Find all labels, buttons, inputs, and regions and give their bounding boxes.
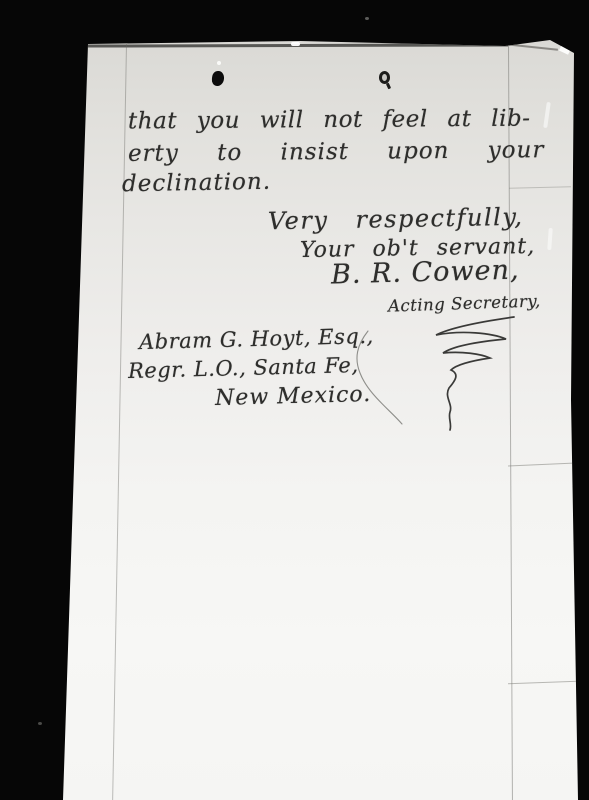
punch-hole-left xyxy=(211,70,225,86)
paper-crease-glint-lower xyxy=(547,228,553,250)
recipient-line-1: Abram G. Hoyt, Esq., xyxy=(139,324,374,354)
paper-corner-glint xyxy=(559,44,571,55)
body-line-2: erty to insist upon your xyxy=(128,137,545,167)
dust-speck xyxy=(365,17,369,20)
punch-hole-right-tail xyxy=(386,83,391,90)
paper-edge-glint xyxy=(291,42,300,46)
signature-title: Acting Secretary, xyxy=(388,291,541,315)
body-line-1: that you will not feel at lib- xyxy=(128,106,531,135)
paper-seam-lower-right xyxy=(508,681,578,684)
left-fold-line xyxy=(112,44,127,800)
paper-top-edge-right xyxy=(506,43,558,50)
paper-seam-top-right xyxy=(509,186,571,189)
recipient-line-3: New Mexico. xyxy=(215,382,372,411)
signature-flourish xyxy=(436,317,514,430)
paper-crease-glint-upper xyxy=(543,102,551,128)
dust-speck xyxy=(217,61,221,65)
body-line-3: declination. xyxy=(122,169,271,198)
dust-speck xyxy=(38,722,42,725)
punch-hole-right xyxy=(379,71,390,84)
closing-line-1: Very respectfully, xyxy=(268,203,524,235)
recipient-line-2: Regr. L.O., Santa Fe, xyxy=(128,353,359,383)
paper-seam-upper-right xyxy=(508,463,574,467)
scanned-letter-page: that you will not feel at lib- erty to i… xyxy=(0,0,589,800)
letter-paper: that you will not feel at lib- erty to i… xyxy=(0,0,589,800)
signature-name: B. R. Cowen, xyxy=(331,255,520,291)
